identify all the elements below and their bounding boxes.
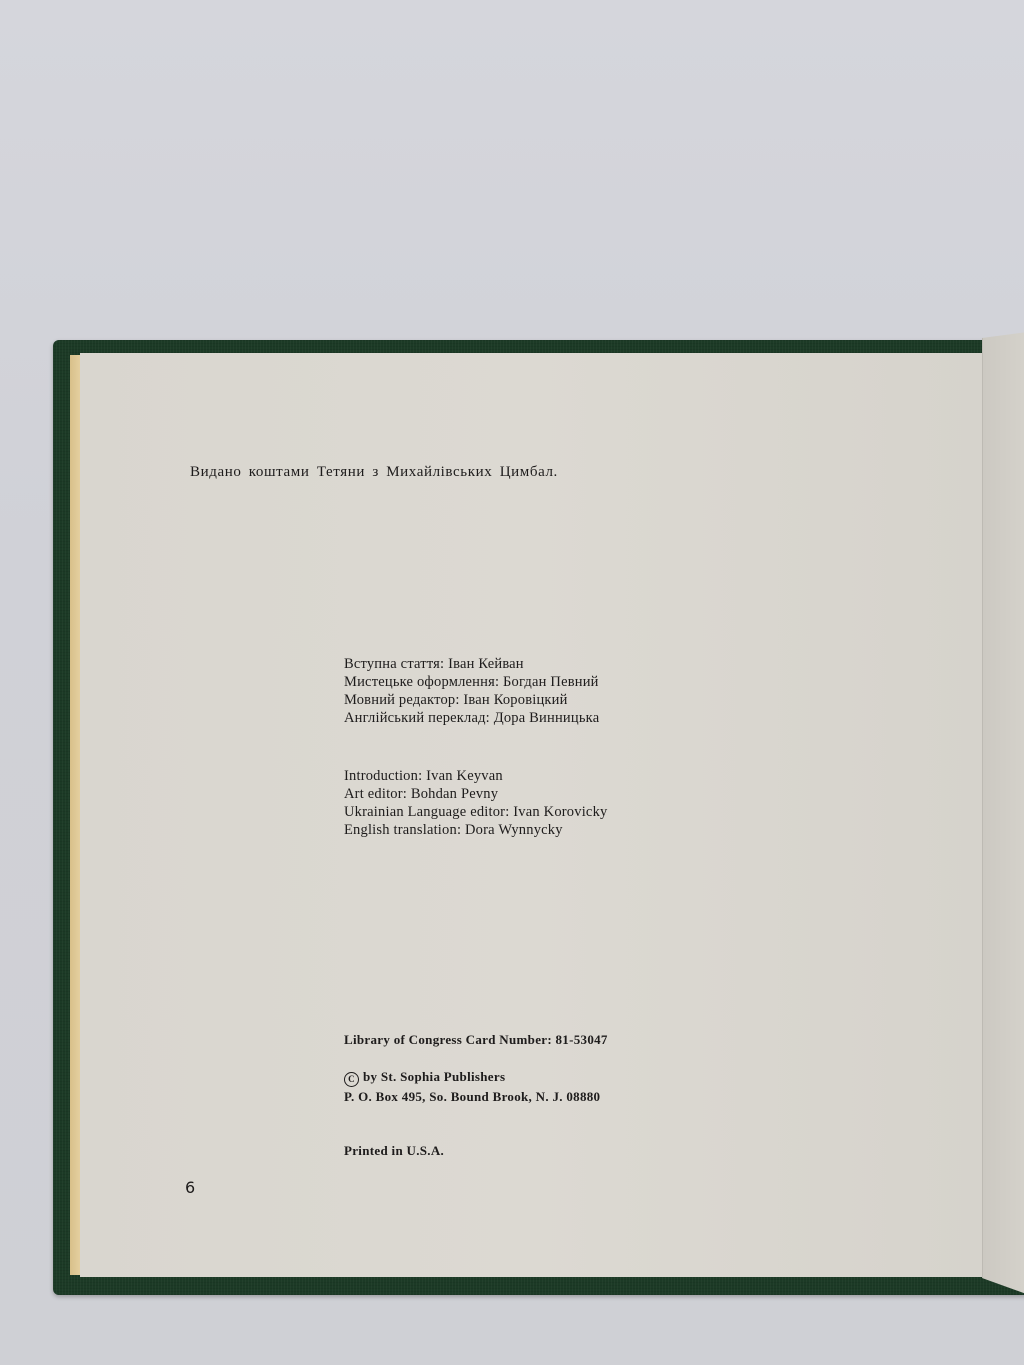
publisher-line: Cby St. Sophia Publishers (344, 1068, 600, 1088)
copyright-icon: C (344, 1072, 359, 1087)
publisher-name: by St. Sophia Publishers (363, 1069, 505, 1084)
credit-translation-ua: Англійський переклад: Дора Винницька (344, 709, 599, 727)
credit-language-editor-ua: Мовний редактор: Іван Коровіцкий (344, 691, 599, 709)
credits-ukrainian: Вступна стаття: Іван Кейван Мистецьке оф… (344, 655, 599, 727)
credits-english: Introduction: Ivan Keyvan Art editor: Bo… (344, 767, 607, 839)
publisher-address: P. O. Box 495, So. Bound Brook, N. J. 08… (344, 1088, 600, 1108)
credit-art-ua: Мистецьке оформлення: Богдан Певний (344, 673, 599, 691)
library-of-congress-number: Library of Congress Card Number: 81-5304… (344, 1031, 608, 1049)
credit-translation-en: English translation: Dora Wynnycky (344, 821, 607, 839)
page-number: 6 (185, 1179, 195, 1197)
publisher-block: Cby St. Sophia Publishers P. O. Box 495,… (344, 1068, 600, 1108)
credit-art-en: Art editor: Bohdan Pevny (344, 785, 607, 803)
right-page-leaf (982, 330, 1024, 1300)
credit-introduction-en: Introduction: Ivan Keyvan (344, 767, 607, 785)
credit-language-editor-en: Ukrainian Language editor: Ivan Korovick… (344, 803, 607, 821)
sponsor-line: Видано коштами Тетяни з Михайлівських Ци… (190, 463, 558, 481)
printed-in: Printed in U.S.A. (344, 1142, 444, 1160)
photo-scene: Видано коштами Тетяни з Михайлівських Ци… (0, 0, 1024, 1365)
credit-introduction-ua: Вступна стаття: Іван Кейван (344, 655, 599, 673)
